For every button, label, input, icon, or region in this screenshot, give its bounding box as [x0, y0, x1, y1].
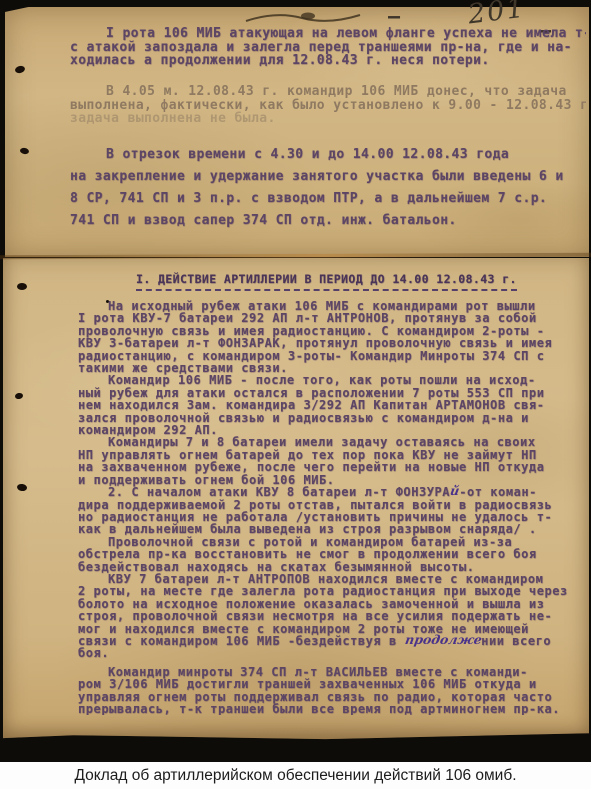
typed-line: 2 роты, на месте где залегла рота радиос…: [78, 585, 588, 597]
typed-line: В 4.05 м. 12.08.43 г. командир 106 МИБ д…: [70, 85, 586, 99]
typed-paragraph: Проволочной связи с ротой и командиром б…: [78, 536, 588, 573]
typed-line: I рота КВУ-7 батареи 292 АП л-т АНТРОНОВ…: [78, 312, 588, 324]
typed-line: с атакой запоздала и залегла перед транш…: [70, 41, 586, 55]
typed-paragraph: 2. С началом атаки КВУ 8 батареи л-т ФОН…: [78, 486, 588, 536]
typed-line: ходилась а продолжении для 12.08.43 г. н…: [70, 54, 586, 68]
typed-paragraph: Командир 106 МИБ - после того, как роты …: [78, 374, 588, 436]
typed-line-with-ink-correction: связи с командиром 106 МИБ -бездействуя …: [78, 635, 588, 647]
typed-line: КВУ 3-батареи л-т ФОНЗАРАК, протянул про…: [78, 337, 588, 349]
typed-paragraph-faded: В 4.05 м. 12.08.43 г. командир 106 МИБ д…: [70, 85, 586, 126]
crossed-out-mark: [238, 6, 368, 28]
typed-paragraph: КВУ 7 батареи л-т АНТРОПОВ находился вме…: [78, 573, 588, 660]
typed-line: 741 СП и взвод сапер 374 СП отд. инж. ба…: [70, 210, 586, 232]
typed-paragraph: На исходный рубеж атаки 106 МИБ с команд…: [78, 300, 588, 374]
ink-spot: [17, 283, 27, 290]
typed-line: нем находился Зам. командира 3/292 АП Ка…: [78, 399, 588, 411]
typed-line: ром 3/106 МИБ достигли траншей захваченн…: [78, 678, 588, 690]
handwritten-ink-correction: продолже: [404, 634, 483, 646]
page: — 201 — I рота 106 МИБ атакующая на лево…: [0, 0, 591, 789]
typed-fragment: нии всего: [481, 634, 551, 648]
typed-fragment: -от коман-: [459, 485, 537, 499]
typed-paragraph: I рота 106 МИБ атакующая на левом фланге…: [70, 27, 586, 68]
typed-line: I рота 106 МИБ атакующая на левом фланге…: [70, 27, 586, 41]
typed-line: на захваченном рубеже, после чего перейт…: [78, 461, 588, 473]
typed-line: обстрела пр-ка восстановить не смог в пр…: [78, 548, 588, 560]
report-section: I. ДЕЙСТВИЕ АРТИЛЛЕРИИ В ПЕРИОД ДО 14.00…: [78, 268, 588, 715]
typed-line-with-ink-correction: 2. С началом атаки КВУ 8 батареи л-т ФОН…: [78, 486, 588, 498]
typed-line: В отрезок времени с 4.30 и до 14.00 12.0…: [70, 144, 586, 166]
typed-line: как в дальнейшем была выведена из строя …: [78, 523, 588, 535]
section-heading: I. ДЕЙСТВИЕ АРТИЛЛЕРИИ В ПЕРИОД ДО 14.00…: [136, 272, 517, 291]
figure-caption: Доклад об артиллерийском обеспечении дей…: [74, 767, 516, 785]
caption-bar: Доклад об артиллерийском обеспечении дей…: [0, 762, 591, 789]
typed-paragraph: В отрезок времени с 4.30 и до 14.00 12.0…: [70, 144, 586, 232]
typed-line: на закрепление и удержание занятого учас…: [70, 166, 586, 188]
typed-line: выполнена, фактически, как было установл…: [70, 99, 586, 113]
typed-line: прерывалась, т-к траншеи были все время …: [78, 703, 588, 715]
typed-fragment: 2. С началом атаки КВУ 8 батареи л-т ФОН…: [108, 485, 450, 499]
typed-line: задача выполнена не была.: [70, 112, 586, 126]
typed-line: строя, проволочной связи несмотря на все…: [78, 610, 588, 622]
typed-paragraph: Командиры 7 и 8 батареи имели задачу ост…: [78, 436, 588, 486]
typed-line: Командиры 7 и 8 батареи имели задачу ост…: [78, 436, 588, 448]
typed-paragraph: Командир минроты 374 СП л-т ВАСИЛЬЕВ вме…: [78, 666, 588, 716]
typed-line: боя.: [78, 647, 588, 659]
document-scan: — 201 — I рота 106 МИБ атакующая на лево…: [0, 0, 591, 762]
handwritten-dash: —: [388, 4, 400, 28]
typed-line: 8 СР, 741 СП и 3 п.р. с взводом ПТР, а в…: [70, 188, 586, 210]
typed-fragment: связи с командиром 106 МИБ -бездействуя …: [78, 634, 405, 648]
typed-line: Командир 106 МИБ - после того, как роты …: [78, 374, 588, 386]
